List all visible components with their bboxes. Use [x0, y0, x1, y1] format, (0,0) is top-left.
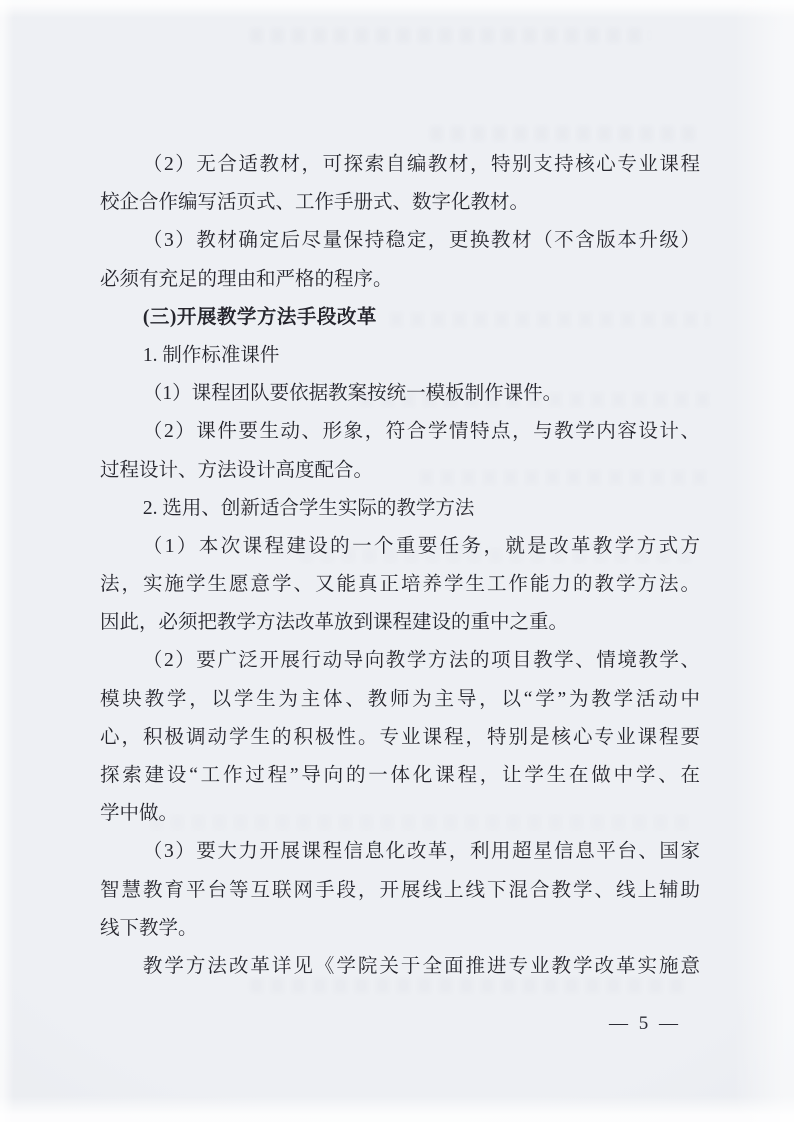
- text-line: 线下教学。: [100, 910, 700, 948]
- text-line: 因此，必须把教学方法改革放到课程建设的重中之重。: [100, 604, 700, 642]
- text-line: （1）课程团队要依据教案按统一模板制作课件。: [100, 375, 700, 413]
- bleed-through-artifact: [250, 28, 650, 43]
- text-line: 探索建设“工作过程”导向的一体化课程，让学生在做中学、在: [100, 757, 700, 795]
- text-line: 智慧教育平台等互联网手段，开展线上线下混合教学、线上辅助: [100, 872, 700, 910]
- text-line: 1. 制作标准课件: [100, 337, 700, 375]
- text-line: （3）要大力开展课程信息化改革，利用超星信息平台、国家: [100, 833, 700, 871]
- text-line: （3）教材确定后尽量保持稳定，更换教材（不含版本升级）: [100, 222, 700, 260]
- text-line: 过程设计、方法设计高度配合。: [100, 452, 700, 490]
- text-line: （2）要广泛开展行动导向教学方法的项目教学、情境教学、: [100, 642, 700, 680]
- text-line: 校企合作编写活页式、工作手册式、数字化教材。: [100, 184, 700, 222]
- document-body: （2）无合适教材，可探索自编教材，特别支持核心专业课程校企合作编写活页式、工作手…: [100, 146, 700, 986]
- text-line: 法，实施学生愿意学、又能真正培养学生工作能力的教学方法。: [100, 566, 700, 604]
- text-line: 教学方法改革详见《学院关于全面推进专业教学改革实施意: [100, 948, 700, 986]
- text-line: 模块教学，以学生为主体、教师为主导，以“学”为教学活动中: [100, 681, 700, 719]
- text-line: （2）无合适教材，可探索自编教材，特别支持核心专业课程: [100, 146, 700, 184]
- text-line: 必须有充足的理由和严格的程序。: [100, 261, 700, 299]
- text-line: 学中做。: [100, 795, 700, 833]
- text-line: (三)开展教学方法手段改革: [100, 299, 700, 337]
- page-number: — 5 —: [585, 1013, 705, 1035]
- text-line: 心，积极调动学生的积极性。专业课程，特别是核心专业课程要: [100, 719, 700, 757]
- scanned-page: （2）无合适教材，可探索自编教材，特别支持核心专业课程校企合作编写活页式、工作手…: [0, 0, 794, 1122]
- text-line: （1）本次课程建设的一个重要任务，就是改革教学方式方: [100, 528, 700, 566]
- text-line: 2. 选用、创新适合学生实际的教学方法: [100, 490, 700, 528]
- bleed-through-artifact: [430, 126, 700, 141]
- text-line: （2）课件要生动、形象，符合学情特点，与教学内容设计、: [100, 413, 700, 451]
